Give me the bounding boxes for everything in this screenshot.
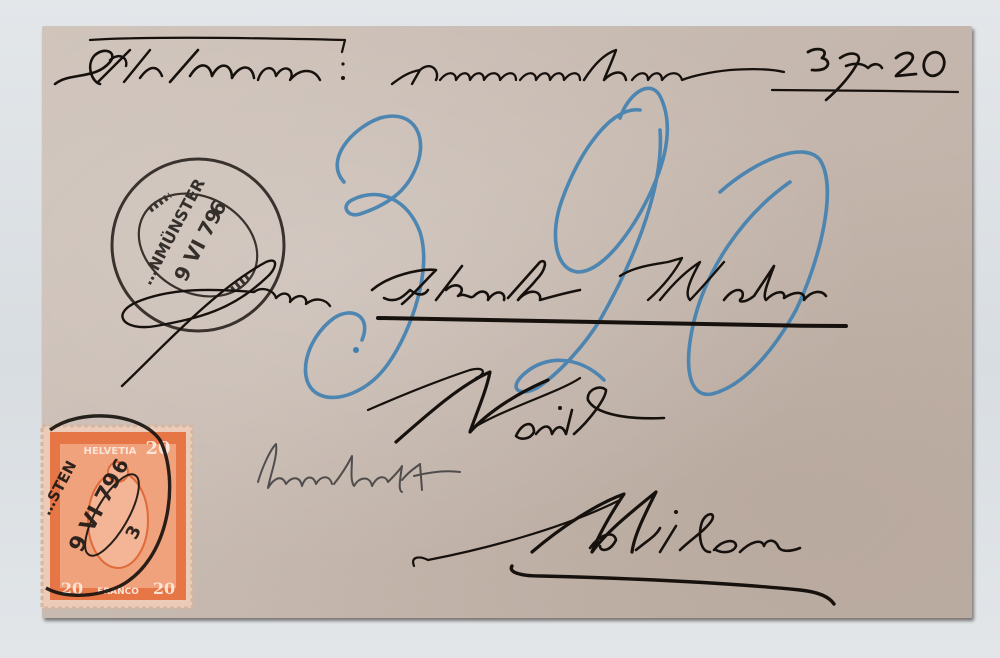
pencil-note-text: Bezahlt <box>0 0 49 4</box>
stamp-country: HELVETIA <box>83 446 136 457</box>
blue-amount-marking <box>305 88 827 397</box>
street <box>368 369 664 442</box>
postage-stamp: 20 20 20 FRANCO HELVETIA <box>42 426 192 608</box>
city <box>413 492 834 604</box>
envelope-markings: Dtz Mende : Nachnahme 3 fr 20 …NMÜNSTER … <box>0 0 1000 658</box>
upper-postmark: …NMÜNSTER 9 VI 79 6 <box>112 159 284 331</box>
stamp-denomination-bottom-right: 20 <box>153 579 175 598</box>
top-left-annotation <box>55 38 345 84</box>
addressee-name <box>372 258 846 326</box>
cod-annotation <box>392 49 958 100</box>
pencil-note <box>258 444 460 492</box>
